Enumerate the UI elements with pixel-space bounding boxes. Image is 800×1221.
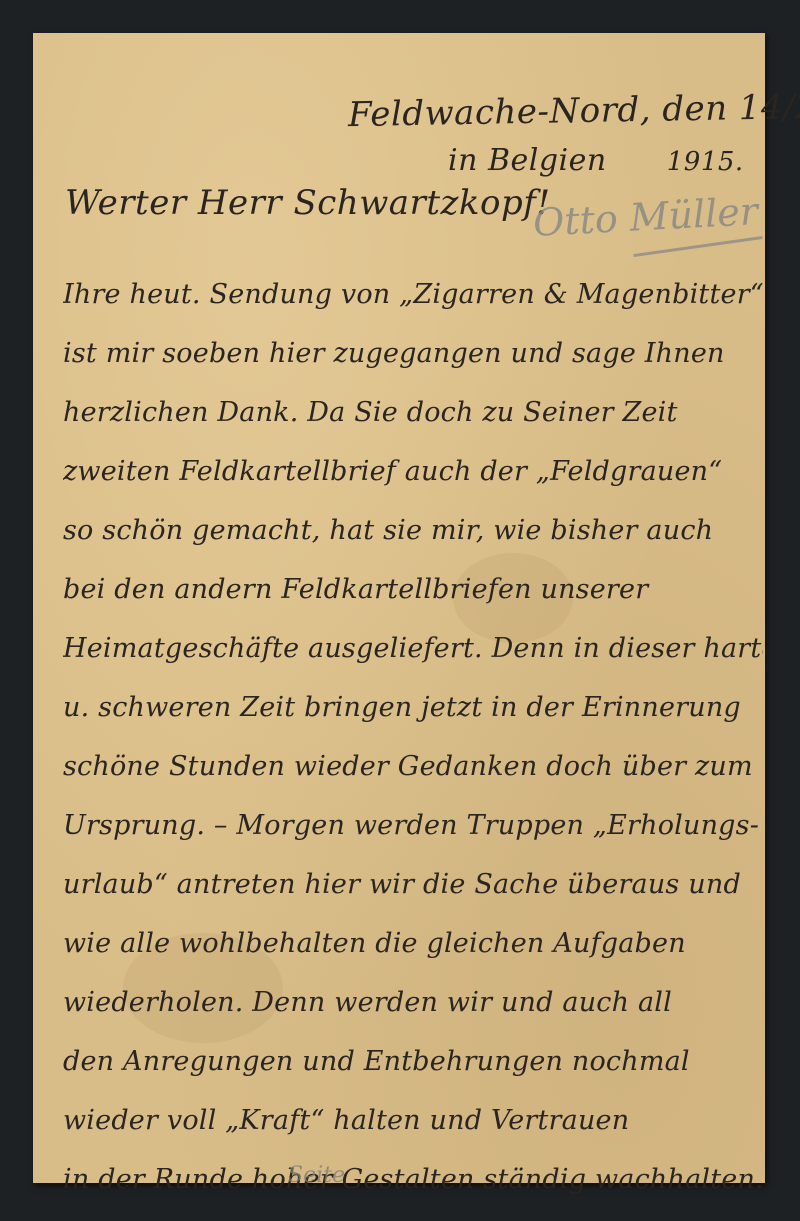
body-line: urlaub“ antreten hier wir die Sache über… xyxy=(63,855,763,914)
letter-body: Ihre heut. Sendung von „Zigarren & Magen… xyxy=(63,265,763,1209)
body-line: wie alle wohlbehalten die gleichen Aufga… xyxy=(63,914,763,973)
body-line: herzlichen Dank. Da Sie doch zu Seiner Z… xyxy=(63,383,763,442)
letter-year: 1915. xyxy=(667,147,744,177)
pencil-footer-note: Seite xyxy=(288,1163,345,1188)
body-line: bei den andern Feldkartellbriefen unsere… xyxy=(63,560,763,619)
body-line: wieder voll „Kraft“ halten und Vertrauen xyxy=(63,1091,763,1150)
body-line: zweiten Feldkartellbrief auch der „Feldg… xyxy=(63,442,763,501)
body-line: u. schweren Zeit bringen jetzt in der Er… xyxy=(63,678,763,737)
pencil-underline xyxy=(633,236,762,257)
place-date-line-1: Feldwache-Nord, den 14/2 xyxy=(348,87,800,135)
place-country: in Belgien xyxy=(448,143,607,178)
postcard: Feldwache-Nord, den 14/2 in Belgien1915.… xyxy=(33,33,765,1183)
body-line: wiederholen. Denn werden wir und auch al… xyxy=(63,973,763,1032)
body-line: Ihre heut. Sendung von „Zigarren & Magen… xyxy=(63,265,763,324)
body-line: Ursprung. – Morgen werden Truppen „Erhol… xyxy=(63,796,763,855)
salutation: Werter Herr Schwartzkopf! xyxy=(65,183,551,223)
body-line: ist mir soeben hier zugegangen und sage … xyxy=(63,324,763,383)
place-date-line-2: in Belgien1915. xyxy=(448,143,744,178)
body-line: in der Runde hoher Gestalten ständig wac… xyxy=(63,1150,763,1209)
pencil-annotation-name: Otto Müller xyxy=(532,189,759,245)
body-line: schöne Stunden wieder Gedanken doch über… xyxy=(63,737,763,796)
body-line: Heimatgeschäfte ausgeliefert. Denn in di… xyxy=(63,619,763,678)
body-line: den Anregungen und Entbehrungen nochmal xyxy=(63,1032,763,1091)
body-line: so schön gemacht, hat sie mir, wie bishe… xyxy=(63,501,763,560)
